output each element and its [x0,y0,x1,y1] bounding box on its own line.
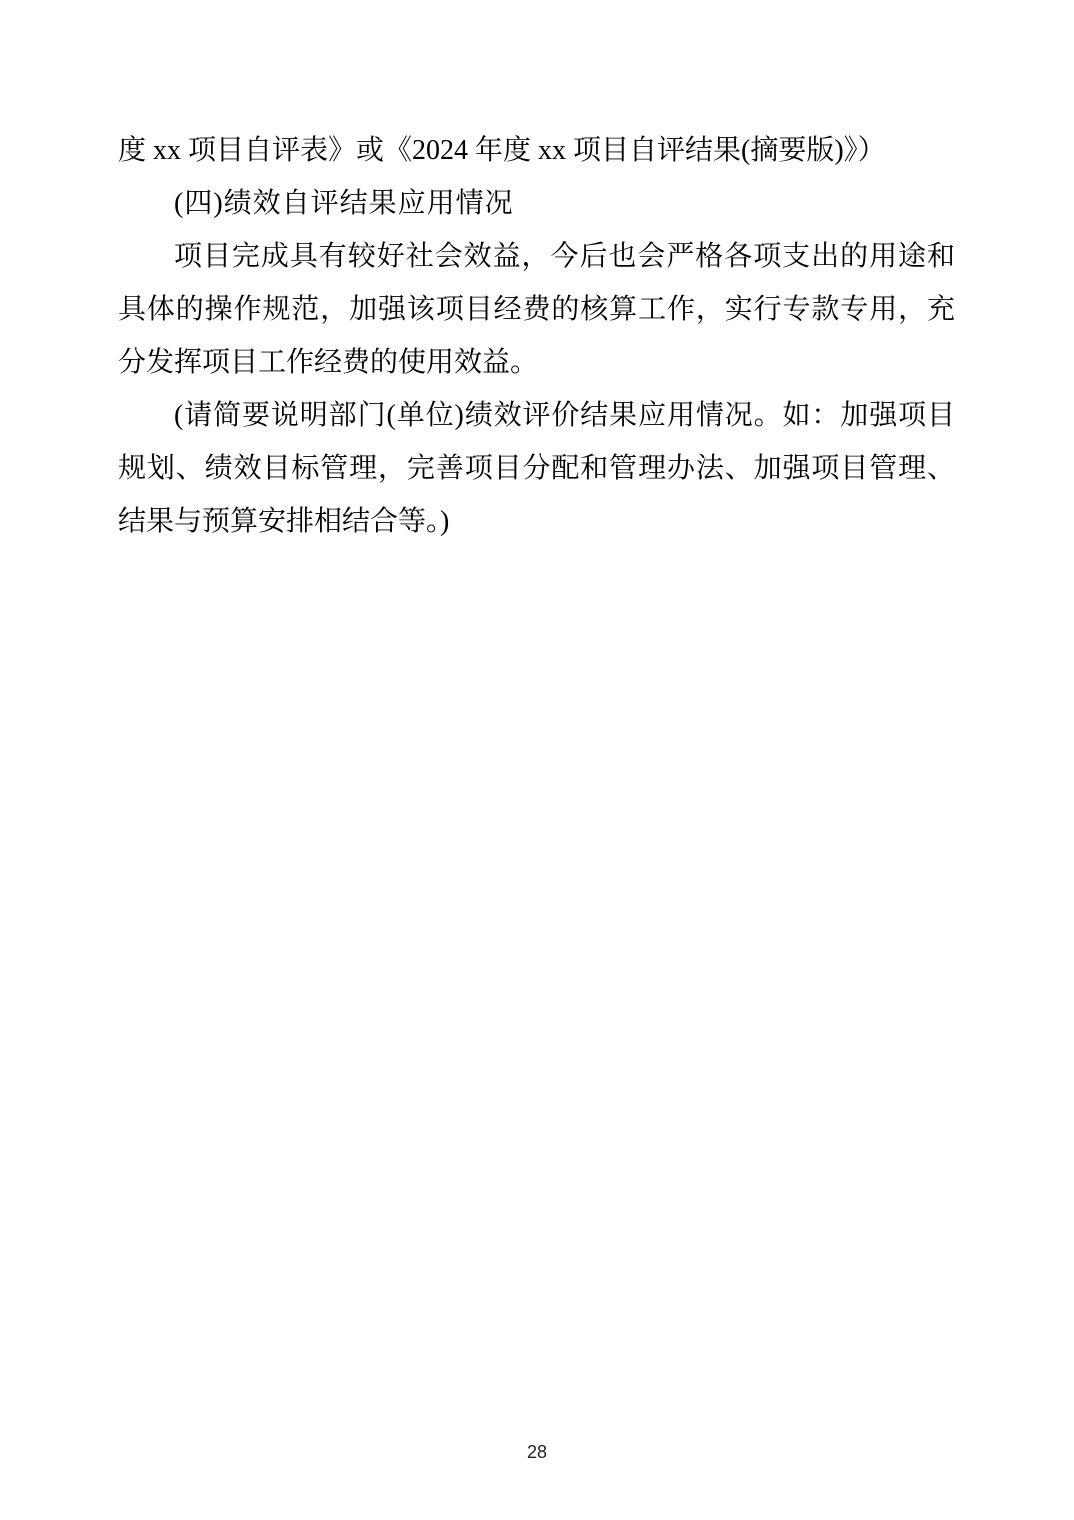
paragraph-continuation-line: 度 xx 项目自评表》或《2024 年度 xx 项目自评结果(摘要版)》） [118,124,955,177]
page-number: 28 [0,1441,1074,1463]
body-paragraph-line-3: 分发挥项目工作经费的使用效益。 [118,336,955,389]
note-paragraph-line-3: 结果与预算安排相结合等。) [118,495,955,548]
document-page: 度 xx 项目自评表》或《2024 年度 xx 项目自评结果(摘要版)》） (四… [0,0,1074,1520]
body-paragraph-line-1: 项目完成具有较好社会效益，今后也会严格各项支出的用途和 [118,230,955,283]
document-body: 度 xx 项目自评表》或《2024 年度 xx 项目自评结果(摘要版)》） (四… [118,124,955,548]
note-paragraph-line-2: 规划、绩效目标管理，完善项目分配和管理办法、加强项目管理、 [118,442,955,495]
note-paragraph-line-1: (请简要说明部门(单位)绩效评价结果应用情况。如：加强项目 [118,389,955,442]
section-heading: (四)绩效自评结果应用情况 [118,177,955,230]
body-paragraph-line-2: 具体的操作规范，加强该项目经费的核算工作，实行专款专用，充 [118,283,955,336]
